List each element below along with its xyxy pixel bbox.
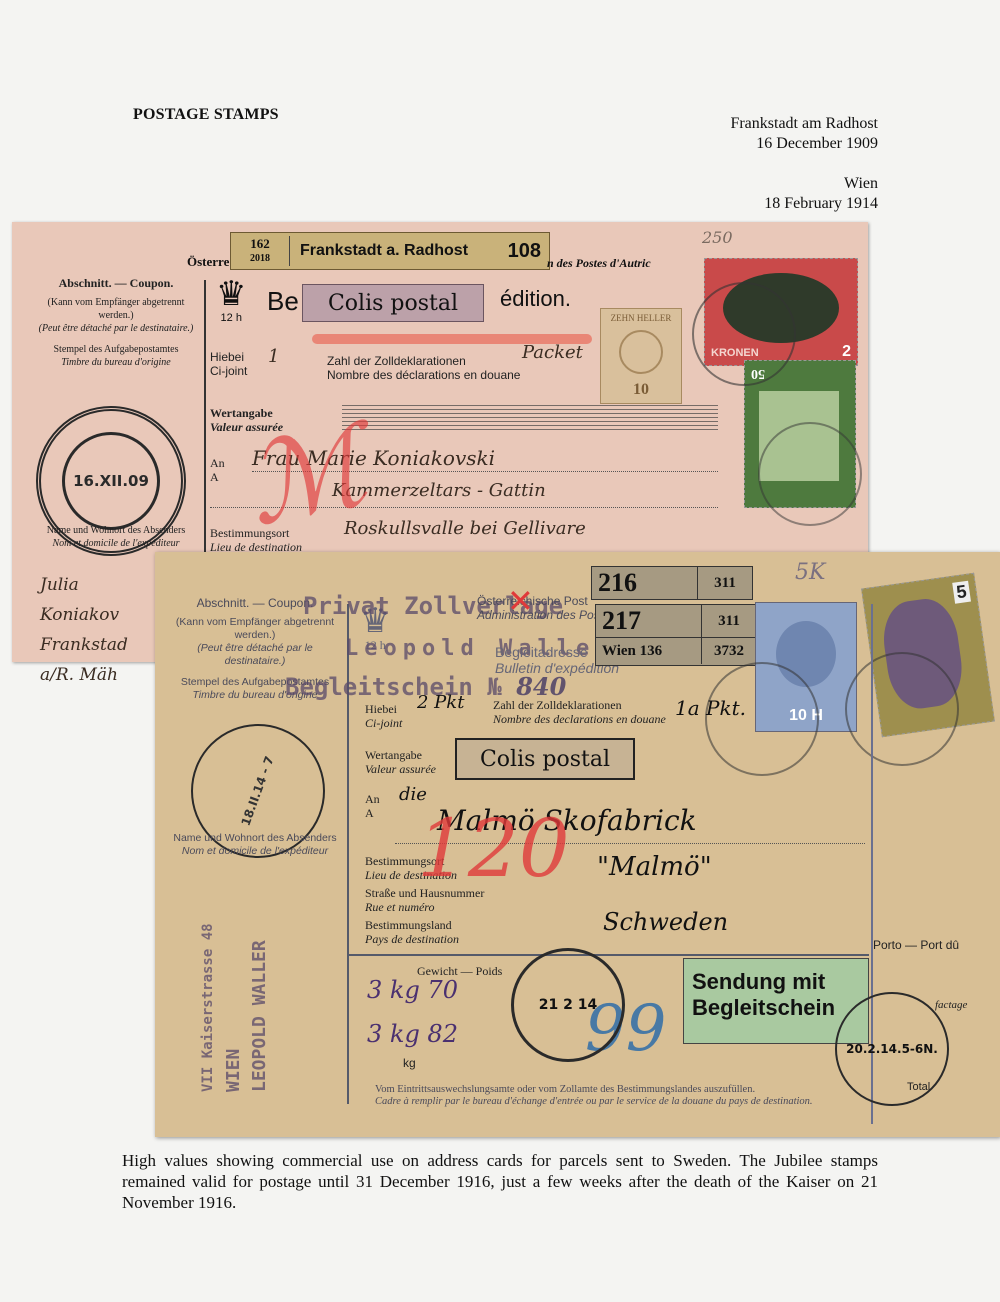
eagle-emblem: ♛ 12 h bbox=[216, 278, 246, 324]
wert-fr: Valeur assurée bbox=[365, 762, 436, 776]
parcel-card-wien: 5K Abschnitt. — Coupon. (Kann vom Empfän… bbox=[155, 552, 1000, 1137]
stamp-text: ZEHN HELLER bbox=[611, 313, 672, 323]
hiebei-label: Hiebei Ci-joint bbox=[365, 702, 402, 730]
caption-card2: Wien 18 February 1914 bbox=[764, 174, 878, 214]
postmark-on-stamp-2 bbox=[758, 422, 862, 526]
land-label: Bestimmungsland Pays de destination bbox=[365, 918, 459, 946]
coupon-heading: Abschnitt. — Coupon. bbox=[32, 277, 200, 290]
coupon-line2: (Peut être détaché par le destinataire.) bbox=[170, 642, 340, 668]
total-label: Total bbox=[907, 1080, 930, 1094]
stamp-value: 10 bbox=[633, 381, 649, 399]
hiebei-value: 1 bbox=[268, 346, 279, 367]
address-line-2: "Malmö" bbox=[597, 852, 712, 882]
tag-216: 216 311 bbox=[591, 566, 753, 600]
zoll-label: Zahl der Zolldeklarationen Nombre des dé… bbox=[327, 354, 520, 382]
weight-line-2: 3 kg 82 bbox=[367, 1020, 458, 1048]
footnote-fr: Cadre à remplir par le bureau d'échange … bbox=[375, 1096, 855, 1108]
zoll-label: Zahl der Zolldeklarationen Nombre des de… bbox=[493, 698, 666, 726]
stamp-city: WIEN bbox=[223, 1049, 244, 1092]
bottom-caption: High values showing commercial use on ad… bbox=[122, 1150, 878, 1213]
header-right-text: n des Postes d'Autric bbox=[547, 256, 651, 271]
caption-card1-place: Frankstadt am Radhost bbox=[730, 114, 878, 134]
caption-card2-date: 18 February 1914 bbox=[764, 194, 878, 214]
sender-label-fr: Nom et domicile de l'expéditeur bbox=[170, 845, 340, 858]
factage-label: factage bbox=[935, 998, 967, 1012]
tag-town: Wien 136 bbox=[596, 638, 702, 664]
weight-line-1: 3 kg 70 bbox=[367, 976, 458, 1004]
sender-section: Name und Wohnort des Absenders Nom et do… bbox=[170, 832, 340, 858]
label-town: Frankstadt a. Radhost bbox=[290, 242, 508, 260]
postmark-date: 20.2.14.5-6N. bbox=[846, 1042, 938, 1056]
kg-label: kg bbox=[403, 1056, 416, 1070]
land-de: Bestimmungsland bbox=[365, 918, 459, 932]
tag-number: 216 bbox=[592, 567, 698, 599]
footnote: Vom Eintrittsauswechslungsamte oder vom … bbox=[375, 1084, 855, 1108]
sender-hand-4: a/R. Mäh bbox=[40, 660, 128, 690]
label-big-number: 108 bbox=[508, 240, 549, 263]
eagle-caption: 12 h bbox=[216, 312, 246, 324]
sender-hand-1: Julia bbox=[40, 570, 128, 600]
tag-serial: 3732 bbox=[702, 638, 756, 664]
stamp-value: 2 bbox=[842, 343, 851, 361]
pencil-note: 250 bbox=[702, 228, 733, 247]
zoll-de: Zahl der Zolldeklarationen bbox=[493, 698, 666, 712]
zoll-value: 1a Pkt. bbox=[675, 696, 746, 720]
tag-217: 217 311 Wien 136 3732 bbox=[595, 604, 757, 666]
sender-handwriting: Julia Koniakov Frankstad a/R. Mäh bbox=[40, 570, 128, 690]
form-title-right: édition. bbox=[500, 286, 571, 312]
postmark-on-stamp-2 bbox=[845, 652, 959, 766]
page-title: POSTAGE STAMPS bbox=[133, 106, 279, 124]
red-x-mark: ✕ bbox=[507, 582, 534, 620]
hiebei-fr: Ci-joint bbox=[210, 364, 247, 378]
postmark-date: 18.II.14 - 7 bbox=[239, 754, 277, 828]
eagle-seal-icon bbox=[619, 330, 663, 374]
label-num-bottom: 2018 bbox=[231, 251, 289, 266]
zoll-fr: Nombre des déclarations en douane bbox=[327, 368, 520, 382]
hiebei-label: Hiebei Ci-joint bbox=[210, 350, 247, 378]
header-left-text: Österre bbox=[187, 254, 229, 270]
sender-section: Name und Wohnort des Absenders Nom et do… bbox=[32, 524, 200, 550]
tag-number: 217 bbox=[596, 605, 702, 637]
sender-rubber-stamp: VII Kaiserstrasse 48 WIEN LEOPOLD WALLER bbox=[195, 862, 273, 1092]
wert-de: Wertangabe bbox=[365, 748, 436, 762]
section-divider bbox=[349, 954, 869, 956]
hiebei-fr: Ci-joint bbox=[365, 716, 402, 730]
colis-postal-label: Colis postal bbox=[455, 738, 635, 780]
label-num-top: 162 bbox=[231, 236, 289, 251]
pencil-note: 5K bbox=[795, 560, 825, 585]
stamp-address: VII Kaiserstrasse 48 bbox=[200, 923, 216, 1092]
sender-label: Name und Wohnort des Absenders bbox=[170, 832, 340, 845]
sendung-line1: Sendung mit bbox=[692, 969, 860, 995]
address-line-3: Schweden bbox=[603, 908, 728, 936]
stamp-10-heller-imprint: ZEHN HELLER 10 bbox=[600, 308, 682, 404]
an-fr: A bbox=[365, 806, 380, 820]
zoll-value: Packet bbox=[522, 342, 583, 363]
hiebei-de: Hiebei bbox=[365, 702, 402, 716]
sendung-line2: Begleitschein bbox=[692, 995, 860, 1021]
footnote-de: Vom Eintrittsauswechslungsamte oder vom … bbox=[375, 1084, 855, 1096]
sender-hand-2: Koniakov bbox=[40, 600, 128, 630]
coupon-line3: Stempel des Aufgabepostamtes bbox=[32, 343, 200, 356]
an-de: An bbox=[365, 792, 380, 806]
form-title-left: Be bbox=[267, 286, 299, 317]
begleitschein-number: 840 bbox=[516, 672, 566, 701]
address-line-3: Roskullsvalle bei Gellivare bbox=[344, 518, 586, 539]
tag-code: 311 bbox=[702, 605, 756, 637]
colis-postal-label: Colis postal bbox=[302, 284, 484, 322]
postmark-malmo: 21 2 14 bbox=[511, 948, 625, 1062]
stamp-value: 5 bbox=[952, 581, 971, 604]
tag-code: 311 bbox=[698, 567, 752, 599]
caption-card1-date: 16 December 1909 bbox=[730, 134, 878, 154]
coupon-line2: (Peut être détaché par le destinataire.) bbox=[32, 322, 200, 335]
wert-label: Wertangabe Valeur assurée bbox=[365, 748, 436, 776]
double-eagle-icon: ♛ bbox=[216, 278, 246, 312]
sender-label: Name und Wohnort des Absenders bbox=[32, 524, 200, 537]
label-number-box: 162 2018 bbox=[231, 236, 290, 266]
an-de: An bbox=[210, 456, 225, 470]
red-crayon-amount: 120 bbox=[417, 802, 570, 895]
an-fr: A bbox=[210, 470, 225, 484]
sender-hand-3: Frankstad bbox=[40, 630, 128, 660]
coupon-line1: (Kann vom Empfänger abgetrennt werden.) bbox=[32, 296, 200, 322]
sender-label-fr: Nom et domicile de l'expéditeur bbox=[32, 537, 200, 550]
caption-card1: Frankstadt am Radhost 16 December 1909 bbox=[730, 114, 878, 154]
caption-card2-place: Wien bbox=[764, 174, 878, 194]
zoll-fr: Nombre des declarations en douane bbox=[493, 712, 666, 726]
porto-label: Porto — Port dû bbox=[873, 938, 959, 952]
strasse-fr: Rue et numéro bbox=[365, 900, 484, 914]
postmark-date: 16.XII.09 bbox=[62, 432, 160, 530]
land-fr: Pays de destination bbox=[365, 932, 459, 946]
hiebei-value: 2 Pkt bbox=[417, 692, 464, 713]
hiebei-de: Hiebei bbox=[210, 350, 247, 364]
coupon-section: Abschnitt. — Coupon. (Kann vom Empfänger… bbox=[32, 277, 200, 369]
postmark-on-stamp bbox=[692, 282, 796, 386]
value-lines bbox=[342, 404, 718, 430]
registration-label: 162 2018 Frankstadt a. Radhost 108 bbox=[230, 232, 550, 270]
begleitschein-label: Begleitschein № bbox=[285, 673, 502, 701]
coupon-line4: Timbre du bureau d'origine bbox=[32, 356, 200, 369]
stamp-name: LEOPOLD WALLER bbox=[249, 940, 270, 1092]
zoll-de: Zahl der Zolldeklarationen bbox=[327, 354, 520, 368]
an-label: An A bbox=[365, 792, 380, 820]
postmark-date: 21 2 14 bbox=[539, 997, 597, 1013]
an-label: An A bbox=[210, 456, 225, 484]
